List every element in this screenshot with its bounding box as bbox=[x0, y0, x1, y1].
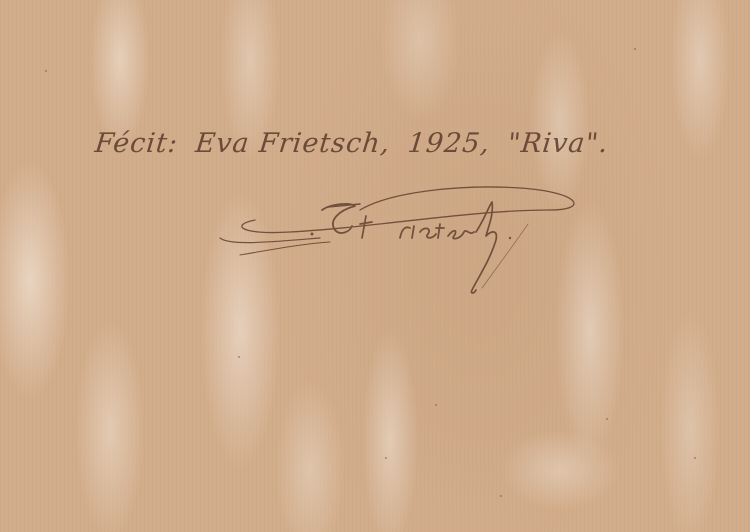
paper-speck bbox=[634, 48, 636, 50]
paper-speck bbox=[500, 495, 502, 497]
paper-speck bbox=[238, 356, 240, 358]
inscription-artist-name: Eva Frietsch, bbox=[194, 128, 392, 159]
aged-paper: Fécit: Eva Frietsch, 1925, "Riva". bbox=[0, 0, 750, 532]
inscription-title: "Riva". bbox=[506, 128, 610, 159]
paper-speck bbox=[694, 457, 696, 459]
inscription-fecit: Fécit: bbox=[93, 128, 179, 159]
paper-speck bbox=[45, 70, 47, 72]
paper-speck bbox=[435, 404, 437, 406]
handwritten-inscription: Fécit: Eva Frietsch, 1925, "Riva". bbox=[93, 128, 610, 159]
signature bbox=[210, 180, 590, 300]
paper-speck bbox=[385, 457, 387, 459]
inscription-year: 1925, bbox=[406, 128, 492, 159]
paper-speck bbox=[606, 418, 608, 420]
